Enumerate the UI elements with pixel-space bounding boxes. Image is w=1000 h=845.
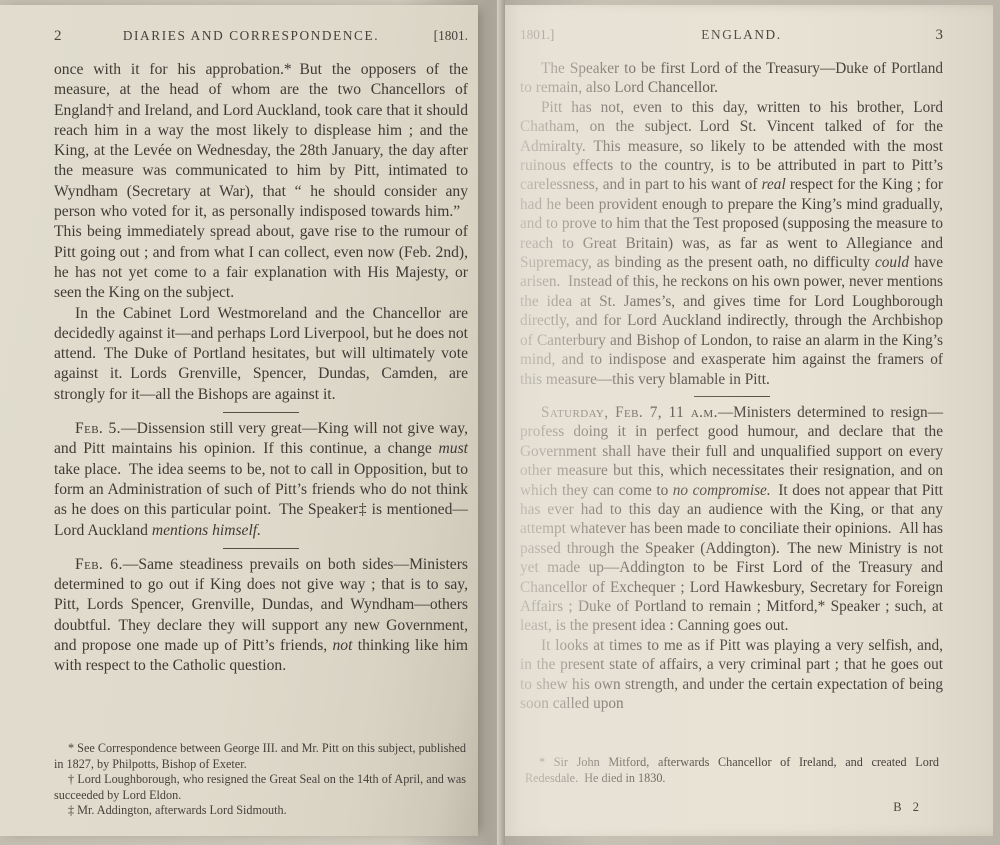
right-page-footnotes: * Sir John Mitford, afterwards Chancello…	[525, 755, 939, 786]
footnote-dagger: † Lord Loughborough, who resigned the Gr…	[54, 772, 466, 803]
right-page-header: 1801.] ENGLAND. 3	[520, 27, 943, 44]
signature-mark: B 2	[893, 800, 923, 815]
paragraph-cabinet: In the Cabinet Lord Westmoreland and the…	[54, 304, 468, 405]
section-divider	[694, 396, 770, 397]
left-year-marker: [1801.	[410, 28, 468, 44]
right-running-title: ENGLAND.	[578, 27, 905, 43]
paragraph-pitt-brother: Pitt has not, even to this day, written …	[520, 98, 943, 389]
right-page-number: 3	[905, 27, 943, 44]
book-scan-spread: 2 DIARIES AND CORRESPONDENCE. [1801. onc…	[0, 0, 1000, 845]
paragraph-feb-5: Feb. 5.—Dissension still very great—King…	[54, 419, 468, 541]
right-year-marker: 1801.]	[520, 27, 578, 43]
left-running-title: DIARIES AND CORRESPONDENCE.	[92, 28, 410, 44]
left-page: 2 DIARIES AND CORRESPONDENCE. [1801. onc…	[0, 5, 478, 836]
paragraph-saturday-feb-7: Saturday, Feb. 7, 11 a.m.—Ministers dete…	[520, 403, 943, 636]
left-page-content: 2 DIARIES AND CORRESPONDENCE. [1801. onc…	[0, 5, 478, 836]
right-page: 1801.] ENGLAND. 3 The Speaker to be firs…	[505, 5, 993, 836]
section-divider	[223, 548, 299, 549]
footnote-double-dagger: ‡ Mr. Addington, afterwards Lord Sidmout…	[54, 803, 466, 819]
right-page-content: 1801.] ENGLAND. 3 The Speaker to be firs…	[505, 5, 993, 836]
paragraph-feb-6: Feb. 6.—Same steadiness prevails on both…	[54, 555, 468, 677]
left-page-number: 2	[54, 28, 92, 45]
right-page-body: The Speaker to be first Lord of the Trea…	[520, 59, 943, 713]
paragraph-pitt-playing: It looks at times to me as if Pitt was p…	[520, 636, 943, 714]
left-page-body: once with it for his approbation.* But t…	[54, 60, 468, 677]
footnote-mitford: * Sir John Mitford, afterwards Chancello…	[525, 755, 939, 786]
paragraph-speaker-treasury: The Speaker to be first Lord of the Trea…	[520, 59, 943, 98]
footnote-asterisk: * See Correspondence between George III.…	[54, 741, 466, 772]
left-page-footnotes: * See Correspondence between George III.…	[54, 741, 466, 819]
paragraph-continuation: once with it for his approbation.* But t…	[54, 60, 468, 304]
left-page-header: 2 DIARIES AND CORRESPONDENCE. [1801.	[54, 28, 468, 45]
section-divider	[223, 412, 299, 413]
page-edge-highlight	[497, 0, 505, 845]
